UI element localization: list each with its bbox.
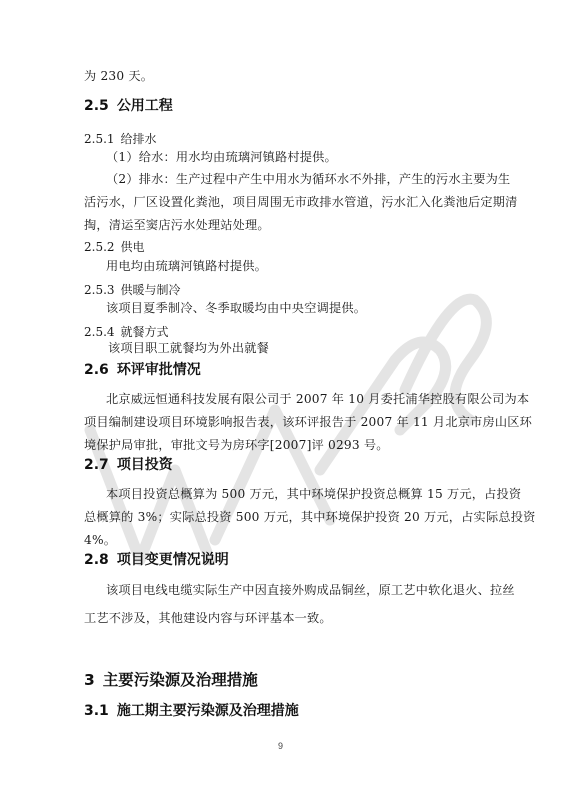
heading-title: 环评审批情况 (117, 362, 201, 378)
heading-number: 2.5.1 (84, 132, 115, 146)
heading-3: 3主要污染源及治理措施 (84, 670, 258, 690)
paragraph-line: 北京威远恒通科技发展有限公司于 2007 年 10 月委托浦华控股有限公司为本 (106, 391, 529, 407)
paragraph-line: 用电均由琉璃河镇路村提供。 (106, 258, 267, 274)
heading-2-6: 2.6环评审批情况 (84, 361, 201, 379)
paragraph-line: （1）给水：用水均由琉璃河镇路村提供。 (106, 149, 337, 165)
paragraph-line: 该项目电线电缆实际生产中因直接外购成品铜丝，原工艺中软化退火、拉丝 (106, 582, 515, 598)
heading-title: 供电 (121, 240, 145, 254)
heading-2-5: 2.5公用工程 (84, 97, 173, 115)
heading-title: 施工期主要污染源及治理措施 (117, 703, 299, 719)
paragraph-line: 境保护局审批，审批文号为房环字[2007]评 0293 号。 (84, 437, 389, 453)
paragraph-line: 工艺不涉及，其他建设内容与环评基本一致。 (84, 610, 332, 626)
heading-number: 2.8 (84, 552, 109, 568)
heading-2-8: 2.8项目变更情况说明 (84, 551, 229, 569)
heading-number: 2.5.3 (84, 283, 115, 297)
paragraph-line: 总概算的 3%；实际总投资 500 万元，其中环境保护投资 20 万元，占实际总… (84, 509, 536, 525)
heading-title: 主要污染源及治理措施 (103, 671, 258, 689)
heading-number: 3 (84, 671, 95, 689)
intro-line: 为 230 天。 (84, 68, 153, 84)
heading-2-7: 2.7项目投资 (84, 456, 173, 474)
heading-2-5-3: 2.5.3供暖与制冷 (84, 282, 181, 298)
paragraph-line: 该项目夏季制冷、冬季取暖均由中央空调提供。 (106, 300, 366, 316)
paragraph-line: 掏，清运至窦店污水处理站处理。 (84, 217, 270, 233)
heading-number: 2.7 (84, 457, 109, 473)
heading-title: 公用工程 (117, 98, 173, 114)
paragraph-line: 本项目投资总概算为 500 万元，其中环境保护投资总概算 15 万元，占投资 (106, 486, 521, 502)
page-number: 9 (278, 741, 283, 751)
heading-2-5-1: 2.5.1给排水 (84, 131, 157, 147)
paragraph-line: 项目编制建设项目环境影响报告表，该环评报告于 2007 年 11 月北京市房山区… (84, 414, 532, 430)
heading-number: 2.5.4 (84, 325, 115, 339)
document-page: 为 230 天。 2.5公用工程 2.5.1给排水 （1）给水：用水均由琉璃河镇… (0, 0, 565, 800)
heading-2-5-4: 2.5.4就餐方式 (84, 324, 169, 340)
paragraph-line: 活污水，厂区设置化粪池，项目周围无市政排水管道，污水汇入化粪池后定期清 (84, 194, 518, 210)
heading-2-5-2: 2.5.2供电 (84, 239, 145, 255)
heading-3-1: 3.1施工期主要污染源及治理措施 (84, 702, 299, 720)
paragraph-line: 该项目职工就餐均为外出就餐 (108, 340, 269, 356)
heading-title: 项目投资 (117, 457, 173, 473)
paragraph-line: 4%。 (84, 532, 116, 548)
heading-number: 2.6 (84, 362, 109, 378)
heading-number: 3.1 (84, 703, 109, 719)
heading-number: 2.5 (84, 98, 109, 114)
paragraph-line: （2）排水：生产过程中产生中用水为循环水不外排，产生的污水主要为生 (106, 171, 510, 187)
heading-title: 供暖与制冷 (121, 283, 181, 297)
heading-title: 给排水 (121, 132, 157, 146)
heading-title: 项目变更情况说明 (117, 552, 229, 568)
heading-number: 2.5.2 (84, 240, 115, 254)
heading-title: 就餐方式 (121, 325, 169, 339)
